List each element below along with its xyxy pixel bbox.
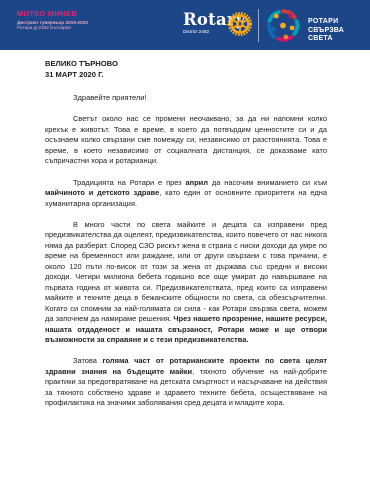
letter-greeting: Здравейте приятели! [45, 93, 327, 103]
letter-paragraph: Традицията на Ротари е през април да нас… [45, 178, 327, 209]
theme-line2: СВЪРЗВА СВЕТА [308, 27, 370, 44]
governor-block: МИТКО МИНЕВ Дистрикт гуверньор 2019-2020… [17, 9, 88, 31]
theme-line1: РОТАРИ [308, 18, 370, 27]
letter-paragraph: В много части по света майките и децата … [45, 220, 327, 345]
letter-page: МИТКО МИНЕВ Дистрикт гуверньор 2019-2020… [0, 0, 370, 480]
letter-paragraph: Светът около нас се промени неочаквано, … [45, 114, 327, 166]
governor-name: МИТКО МИНЕВ [17, 9, 88, 18]
letter-paragraph: Затова голяма част от ротарианските прое… [45, 356, 327, 408]
rotary-theme-emblem-icon [262, 3, 304, 48]
header-banner: МИТКО МИНЕВ Дистрикт гуверньор 2019-2020… [0, 0, 370, 50]
theme-text-block: РОТАРИ СВЪРЗВА СВЕТА [308, 18, 370, 44]
letter-city: ВЕЛИКО ТЪРНОВО [45, 58, 327, 69]
governor-district: Ротари Д-2482 България [17, 25, 88, 31]
letter-body: ВЕЛИКО ТЪРНОВО 31 МАРТ 2020 Г. Здравейте… [45, 58, 327, 409]
logo-divider [258, 9, 259, 42]
rotary-wheel-icon [227, 11, 253, 37]
letter-date: 31 МАРТ 2020 Г. [45, 69, 327, 80]
